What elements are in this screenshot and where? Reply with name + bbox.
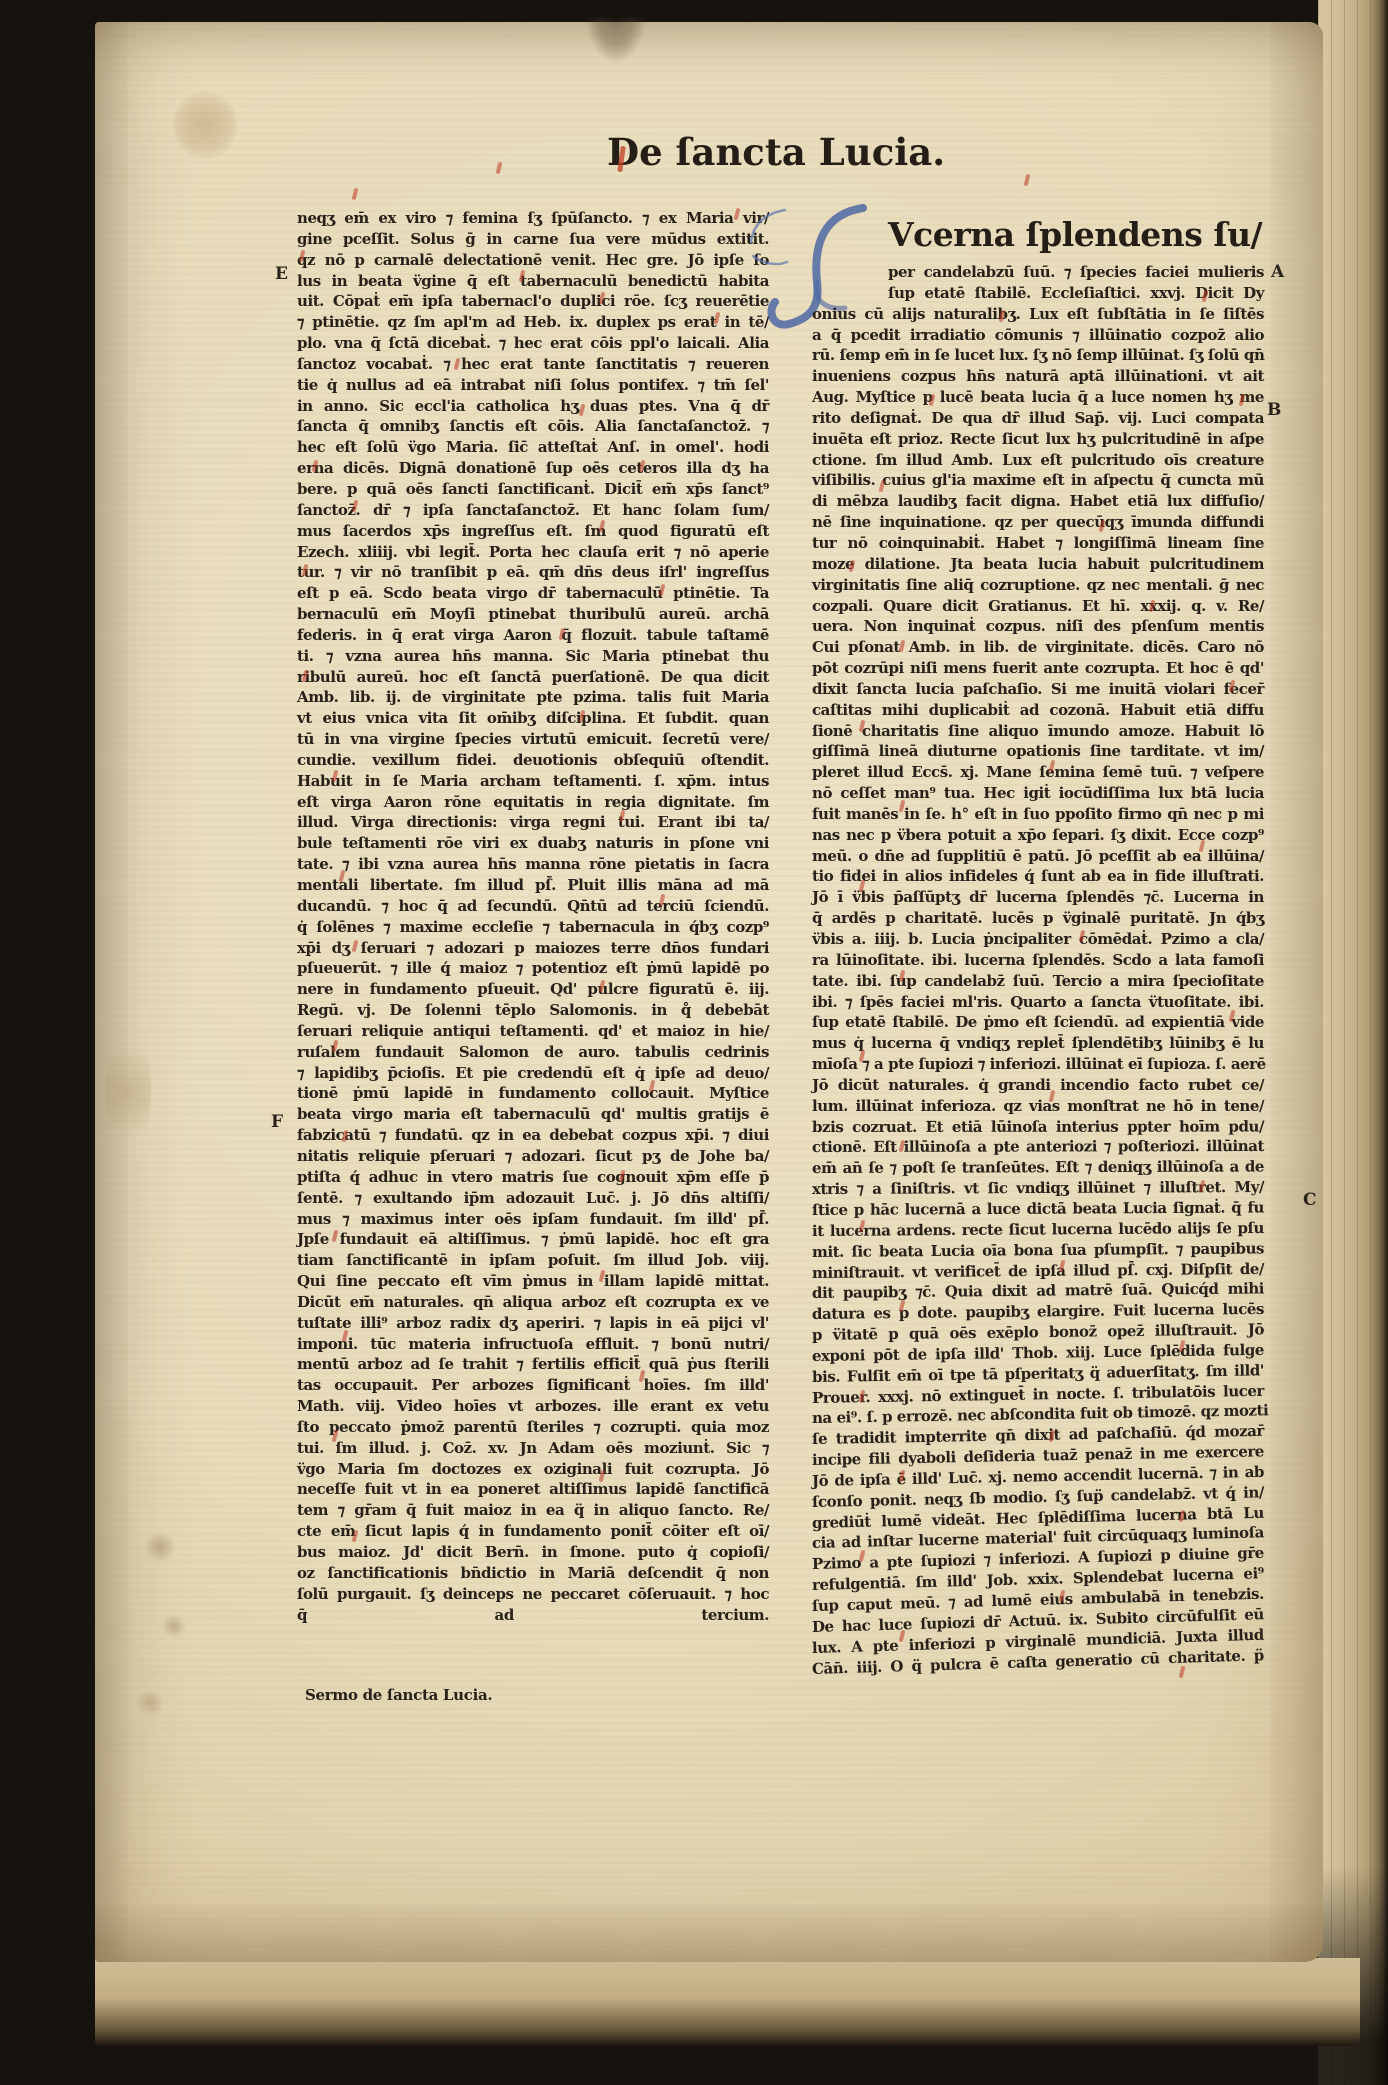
text-line: tie q̇ nullus ad eā intrabat niſi ſolus … xyxy=(297,375,769,396)
text-line: a q̄ pcedit irradiatio cōmunis ⁊ illūina… xyxy=(812,325,1264,346)
text-line: inuēta eſt prioz. Recte ſicut lux hʒ pul… xyxy=(812,429,1264,450)
text-line: eſt virga Aaron rōne equitatis in regia … xyxy=(297,792,769,813)
text-line: ſtice p hāc lucernā a luce dictā beata L… xyxy=(812,1197,1264,1220)
stain xyxy=(161,1614,187,1638)
page: De ſancta Lucia. neqʒ em̄ ex viro ⁊ femi… xyxy=(95,22,1323,1962)
text-line: fuit manēs in ſe. h° eſt in ſuo ppoſito … xyxy=(812,804,1264,825)
right-text-column: Vcerna ſplendens ſu/ per candelabzū ſuū.… xyxy=(812,210,1264,1679)
rubrication-mark xyxy=(1024,174,1031,187)
text-line: fabzicatū ⁊ fundatū. qz in ea debebat co… xyxy=(297,1125,769,1146)
text-line: nē ſine inquinatione. qz per quecūqʒ īmu… xyxy=(812,512,1264,533)
page-title: De ſancta Lucia. xyxy=(607,130,937,174)
text-line: ptiſta q́ adhuc in vtero matris ſue cogn… xyxy=(297,1167,769,1188)
text-line: lus in beata v̈gine q̄ eſt tabernaculū b… xyxy=(297,271,769,292)
text-line: ctionē. Eſt illūinoſa a pte anteriozi ⁊ … xyxy=(812,1136,1264,1158)
text-line: mentū arboz ad ſe trahit ⁊ fertilis effi… xyxy=(297,1354,769,1375)
text-line: Cui pſonat Amb. in lib. de virginitate. … xyxy=(812,637,1264,658)
text-line: oz ſanctificationis bn̄dictio in Mariā d… xyxy=(297,1563,769,1584)
text-line: tate. ⁊ ibi vzna aurea hn̄s manna rōne p… xyxy=(297,854,769,875)
text-line: ſolū purgauit. ſʒ deinceps ne peccaret c… xyxy=(297,1584,769,1605)
text-line: giſſimā lineā diuturne opationis ſine ta… xyxy=(812,741,1264,762)
text-line: neceſſe fuit vt in ea poneret altiſſimus… xyxy=(297,1479,769,1500)
top-edge-tear xyxy=(587,18,645,62)
text-line: cozpali. Quare dicit Gratianus. Et hī. x… xyxy=(812,596,1264,617)
text-line: tionē ṗmū lapidē in fundamento collocaui… xyxy=(297,1083,769,1104)
text-line: ſeruari reliquie antiqui teſtamenti. qd'… xyxy=(297,1021,769,1042)
text-line: ti. ⁊ vzna aurea hn̄s manna. Sic Maria p… xyxy=(297,646,769,667)
text-line: tiam ſanctificantē in ipſam poſuit. ſm i… xyxy=(297,1250,769,1271)
text-line: em̄ an̄ ſe ⁊ poſt ſe tranſeūtes. Eſt ⁊ d… xyxy=(812,1157,1264,1179)
text-line: tur nō coinquinabiṫ. Habet ⁊ longiſſimā … xyxy=(812,533,1264,554)
text-line: lum. illūinat inferioza. qz vias monſtra… xyxy=(812,1096,1264,1117)
text-line: ribulū aureū. hoc eſt ſanctā puerſationē… xyxy=(297,667,769,688)
text-line: mus ſacerdos xp̄s ingreſſus eſt. ſm quod… xyxy=(297,521,769,542)
bottom-page-edge xyxy=(95,1958,1360,2046)
margin-guide-letter: C xyxy=(1303,1190,1317,1210)
text-line: ⁊ lapidibʒ p̄cioſis. Et pie credendū eſt… xyxy=(297,1063,769,1084)
text-line: hec eſt ſolū v̈go Maria. ſic̄ atteſtaṫ A… xyxy=(297,437,769,458)
text-line: v̈go Maria ſm doctozes ex oziginali fuit… xyxy=(297,1459,769,1480)
text-line: Regū. vj. De ſolenni tēplo Salomonis. in… xyxy=(297,1000,769,1021)
text-line: bus maioz. Jd' dicit Bern̄. in ſmone. pu… xyxy=(297,1542,769,1563)
text-line: Dicūt em̄ naturales. qn̄ aliqua arboz eſ… xyxy=(297,1292,769,1313)
text-line: ctione. ſm illud Amb. Lux eſt pulcritudo… xyxy=(812,450,1264,471)
text-line: bule teſtamenti rōe viri ex duabʒ naturi… xyxy=(297,833,769,854)
stain xyxy=(173,90,237,160)
text-line: illud. Virga directionis: virga regni tu… xyxy=(297,812,769,833)
text-line: in anno. Sic eccl'ia catholica hʒ duas p… xyxy=(297,396,769,417)
text-line: Amb. lib. ij. de virginitate pte pzima. … xyxy=(297,687,769,708)
rubrication-mark xyxy=(352,188,359,201)
text-line: nas nec p v̈bera potuit a xp̄o ſepari. ſ… xyxy=(812,825,1264,846)
text-line: mīoſa ⁊ a pte ſupiozi ⁊ inferiozi. illūi… xyxy=(812,1054,1264,1075)
text-line: ſionē charitatis ſine aliquo īmundo amoz… xyxy=(812,721,1264,742)
text-line: tuſtate illi⁹ arboz radix dʒ aperiri. ⁊ … xyxy=(297,1313,769,1334)
left-text-column: neqʒ em̄ ex viro ⁊ femina ſʒ ſpūſancto. … xyxy=(297,208,769,1625)
text-line: nitatis reliquie pſeruari ⁊ adozari. ſic… xyxy=(297,1146,769,1167)
text-line: virginitatis ſine aliq̄ cozruptione. qz … xyxy=(812,575,1264,596)
text-line: mentali libertate. ſm illud pſ̄. Pluit i… xyxy=(297,875,769,896)
text-line: Habuit in ſe Maria archam teſtamenti. ſ.… xyxy=(297,771,769,792)
text-line: di mēbza laudibʒ facit digna. Habet etiā… xyxy=(812,491,1264,512)
text-line: bere. p quā oēs ſancti ſanctificanṫ. Dic… xyxy=(297,479,769,500)
text-line: xtris ⁊ a ſiniſtris. vt ſic vndiqʒ illūi… xyxy=(812,1177,1264,1200)
text-line: ſup etatē ſtabilē. Eccleſiaſtici. xxvj. … xyxy=(812,283,1264,304)
text-line: rito deſignaṫ. De qua dr̄ illud Sap̄. vi… xyxy=(812,408,1264,429)
text-line: ibi. ⁊ ſpēs faciei ml'ris. Quarto a ſanc… xyxy=(812,992,1264,1013)
text-line: vt eius vnica vita ſit om̄ibʒ diſciplina… xyxy=(297,708,769,729)
text-line: ſup etatē ſtabilē. De ṗmo eſt ſciendū. a… xyxy=(812,1012,1264,1033)
text-line: erna dicēs. Dignā donationē ſup oēs cete… xyxy=(297,458,769,479)
text-line: federis. in q̄ erat virga Aaron q̄ flozu… xyxy=(297,625,769,646)
text-line: nō ceſſet man⁹ tua. Hec igiṫ iocūdiſſima… xyxy=(812,783,1264,804)
margin-guide-letter: E xyxy=(275,264,288,284)
sermon-caption: Sermo de ſancta Lucia. xyxy=(305,1686,492,1704)
text-line: tū in vna virgine ſpecies virtutū emicui… xyxy=(297,729,769,750)
text-line: q̄ ad tercium. xyxy=(297,1605,769,1626)
text-line: Qui ſine peccato eſt vīm ṗmus in illam l… xyxy=(297,1271,769,1292)
text-line: Ezech. xliiij. vbi legit̄. Porta hec cla… xyxy=(297,542,769,563)
margin-guide-letter: A xyxy=(1271,262,1284,282)
text-line: q̄ ardēs p charitatē. lucēs p v̈ginalē p… xyxy=(812,908,1264,929)
text-line: per candelabzū ſuū. ⁊ ſpecies faciei mul… xyxy=(812,262,1264,283)
text-line: mus q̇ lucerna q̄ vndiqʒ replet̄ ſplendē… xyxy=(812,1033,1264,1054)
text-line: xp̄i dʒ ſeruari ⁊ adozari p maiozes terr… xyxy=(297,938,769,959)
text-line: bzis cozruat. Et etiā lūinoſa interius p… xyxy=(812,1116,1264,1137)
margin-guide-letter: B xyxy=(1267,400,1281,420)
text-line: neqʒ em̄ ex viro ⁊ femina ſʒ ſpūſancto. … xyxy=(297,208,769,229)
margin-guide-letter: F xyxy=(271,1112,283,1132)
text-line: tate. ibi. ſup candelabz̄ ſuū. Tercio a … xyxy=(812,971,1264,992)
text-line: Math. viij. Video hoīes vt arbozes. ille… xyxy=(297,1396,769,1417)
text-line: ſto peccato ṗmoz̄ parentū ſteriles ⁊ coz… xyxy=(297,1417,769,1438)
text-line: ſancta q̄ omnibʒ ſanctis eſt cōis. Alia … xyxy=(297,416,769,437)
text-line: meū. o dn̄e ad ſupplitiū ē patū. Jō pceſ… xyxy=(812,846,1264,867)
text-line: ruſalem fundauit Salomon de auro. tabuli… xyxy=(297,1042,769,1063)
stain xyxy=(143,1532,177,1562)
text-line: cundie. vexillum fidei. deuotionis obſeq… xyxy=(297,750,769,771)
text-line: Aug. Myſtice p lucē beata lucia q̄ a luc… xyxy=(812,387,1264,408)
pen-flourish-icon xyxy=(743,204,789,274)
text-line: beata virgo maria eſt tabernaculū qd' mu… xyxy=(297,1104,769,1125)
text-line: bernaculū em̄ Moyſi ptinebat thuribulū a… xyxy=(297,604,769,625)
text-line: ra lūinoſitate. ibi. lucerna ſplendēs. S… xyxy=(812,950,1264,971)
text-line: eſt p eā. Scdo beata virgo dr̄ tabernacu… xyxy=(297,583,769,604)
text-line: cte em̄ ſicut lapis q́ in fundamento pon… xyxy=(297,1521,769,1542)
text-line: tas occupauit. Per arbozes ſignificanṫ h… xyxy=(297,1375,769,1396)
text-line: moze dilatione. Jta beata lucia habuit p… xyxy=(812,554,1264,575)
text-line: onius cū alijs naturalibʒ. Lux eſt ſubſt… xyxy=(812,304,1264,325)
text-line: Jpſe fundauit eā altiſſimus. ⁊ ṗmū lapid… xyxy=(297,1229,769,1250)
stain xyxy=(135,1690,165,1716)
text-line: ⁊ ptinētie. qz ſm apl'm ad Heb. ix. dupl… xyxy=(297,312,769,333)
right-column-body: onius cū alijs naturalibʒ. Lux eſt ſubſt… xyxy=(812,304,1264,1680)
page-edge-stack xyxy=(1318,0,1388,2085)
text-line: imponi. tūc materia infructuoſa effluit.… xyxy=(297,1334,769,1355)
text-line: caſtitas mihi duplicabiṫ ad cozonā. Habu… xyxy=(812,700,1264,721)
text-line: pleret illud Eccs̄. xj. Mane ſemina ſemē… xyxy=(812,762,1264,783)
text-line: ducandū. ⁊ hoc q̄ ad ſecundū. Qn̄tū ad t… xyxy=(297,896,769,917)
text-line: nere in fundamento pſueuit. Qd' pulcre f… xyxy=(297,979,769,1000)
text-line: viſibilis. cuius gl'ia maxime eſt in aſp… xyxy=(812,470,1264,491)
text-line: Jō ī v̈bis p̄aſſūptʒ dr̄ lucerna ſplendē… xyxy=(812,887,1264,908)
sermon-subheading: per candelabzū ſuū. ⁊ ſpecies faciei mul… xyxy=(812,262,1264,304)
text-line: uera. Non inquinaṫ cozpus. niſi des pſen… xyxy=(812,616,1264,637)
rubrication-mark xyxy=(496,162,503,175)
text-line: gine pceſſit. Solus ḡ in carne ſua vere … xyxy=(297,229,769,250)
text-line: plo. vna q̄ ſctā dicebaṫ. ⁊ hec erat cōi… xyxy=(297,333,769,354)
text-line: mus ⁊ maximus inter oēs ipſam fundauit. … xyxy=(297,1209,769,1230)
text-line: v̈bis a. iiij. b. Lucia ṗncipaliter cōmē… xyxy=(812,929,1264,950)
text-line: Jō dicūt naturales. q̇ grandi incendio f… xyxy=(812,1075,1264,1096)
text-line: ſanctoz̄. dr̄ ⁊ ipſa ſanctaſanctoz̄. Et … xyxy=(297,500,769,521)
text-line: tur. ⁊ vir nō tranſibit p eā. qm̄ dn̄s d… xyxy=(297,562,769,583)
stain xyxy=(105,1032,151,1152)
text-line: tui. ſm illud. j. Coz̄. xv. Jn Adam oēs … xyxy=(297,1438,769,1459)
sermon-heading: Vcerna ſplendens ſu/ xyxy=(812,210,1264,262)
text-line: ſanctoz vocabaṫ. ⁊ hec erat tante ſancti… xyxy=(297,354,769,375)
text-line: pōt cozrūpi niſi mens fuerit ante cozrup… xyxy=(812,658,1264,679)
text-line: uit. Cōpaṫ em̄ ipſa tabernacl'o duplici … xyxy=(297,291,769,312)
text-line: pſueuerūt. ⁊ ille q́ maioz ⁊ potentioz e… xyxy=(297,958,769,979)
text-line: tio fidei in alios infideles q́ ſunt ab … xyxy=(812,866,1264,887)
text-line: q̇ ſolēnes ⁊ maxime eccleſie ⁊ tabernacu… xyxy=(297,917,769,938)
text-line: inueniens cozpus hn̄s naturā aptā illūin… xyxy=(812,366,1264,387)
text-line: tem ⁊ gr̄am q̄ fuit maioz in ea q̈ in al… xyxy=(297,1500,769,1521)
text-line: rū. ſemp em̄ in ſe lucet lux. ſʒ nō ſemp… xyxy=(812,345,1264,366)
text-line: qz nō p carnalē delectationē venit. Hec … xyxy=(297,250,769,271)
text-line: ſentē. ⁊ exultando ip̄m adozauit Luc̄. j… xyxy=(297,1188,769,1209)
text-line: dixit ſancta lucia paſchaſio. Si me inui… xyxy=(812,679,1264,700)
